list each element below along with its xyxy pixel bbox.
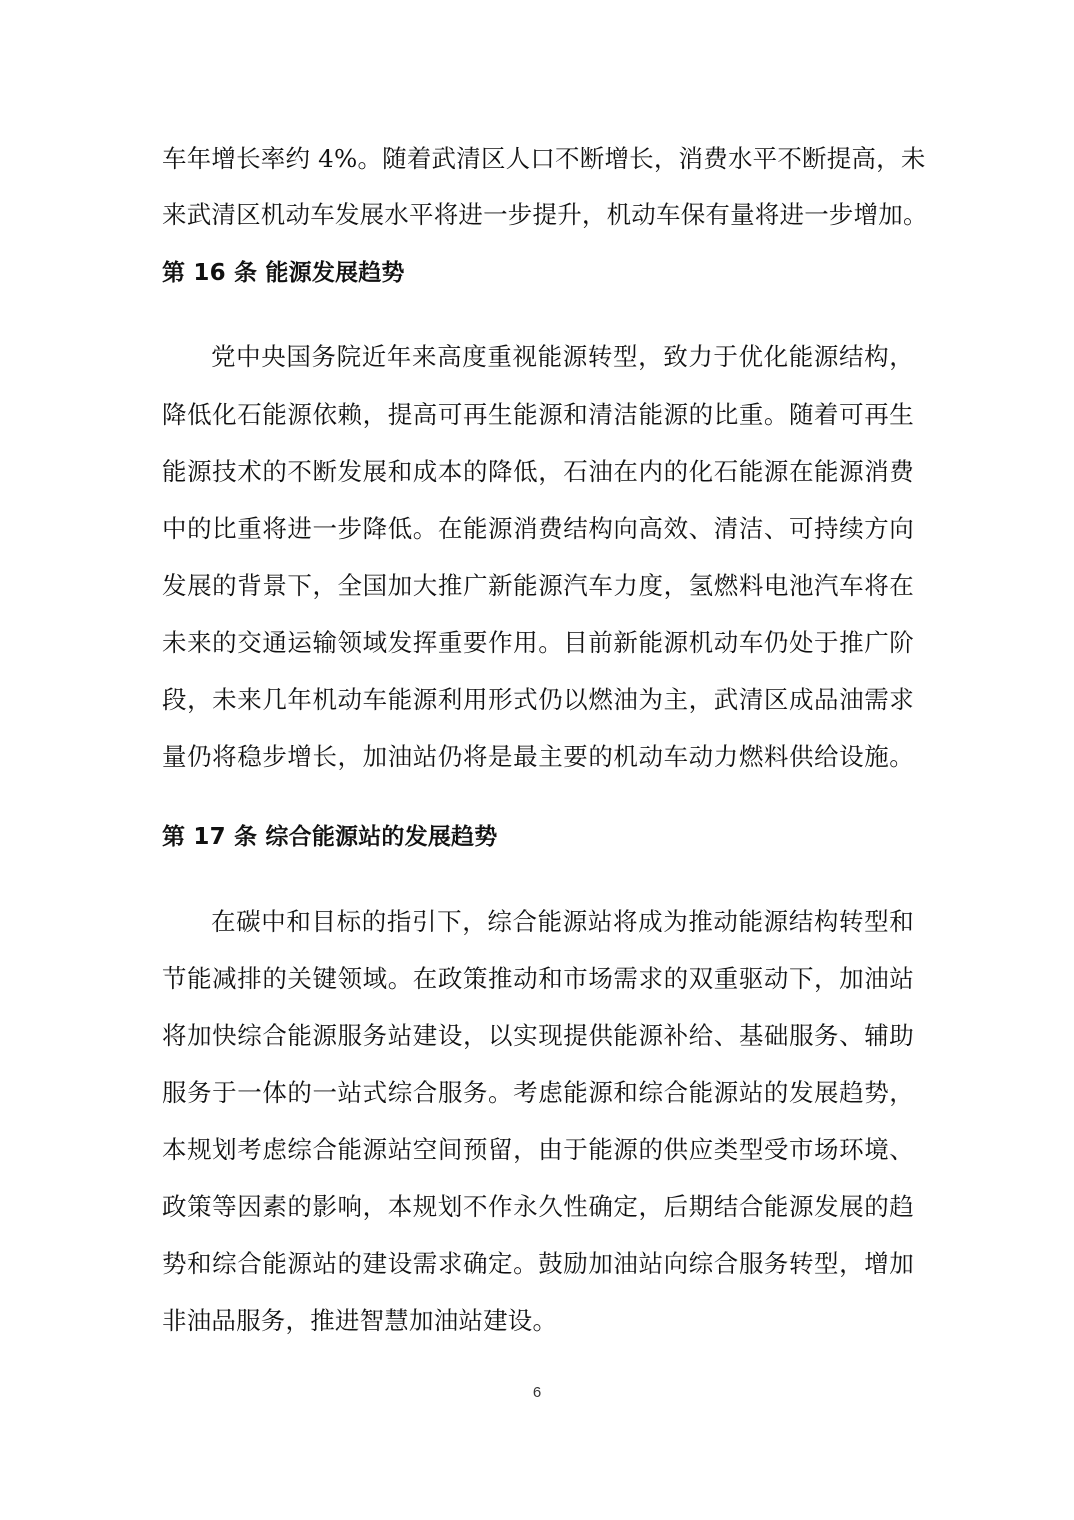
paragraph-line: 服务于一体的一站式综合服务。考虑能源和综合能源站的发展趋势， <box>162 1076 914 1110</box>
paragraph-line: 来武清区机动车发展水平将进一步提升，机动车保有量将进一步增加。 <box>162 198 914 232</box>
paragraph-line: 政策等因素的影响，本规划不作永久性确定，后期结合能源发展的趋 <box>162 1190 914 1224</box>
paragraph-line: 段，未来几年机动车能源利用形式仍以燃油为主，武清区成品油需求 <box>162 683 914 717</box>
page-number: 6 <box>0 1384 1074 1401</box>
paragraph-line: 将加快综合能源服务站建设，以实现提供能源补给、基础服务、辅助 <box>162 1019 914 1053</box>
section-heading-17: 第 17 条 综合能源站的发展趋势 <box>162 820 914 854</box>
paragraph-line: 降低化石能源依赖，提高可再生能源和清洁能源的比重。随着可再生 <box>162 398 914 432</box>
paragraph-line: 量仍将稳步增长，加油站仍将是最主要的机动车动力燃料供给设施。 <box>162 740 914 774</box>
paragraph-line: 发展的背景下，全国加大推广新能源汽车力度，氢燃料电池汽车将在 <box>162 569 914 603</box>
paragraph-line: 车年增长率约 4%。随着武清区人口不断增长，消费水平不断提高，未 <box>162 142 914 176</box>
section-heading-16: 第 16 条 能源发展趋势 <box>162 256 914 290</box>
paragraph-line: 势和综合能源站的建设需求确定。鼓励加油站向综合服务转型，增加 <box>162 1247 914 1281</box>
paragraph-line: 非油品服务，推进智慧加油站建设。 <box>162 1304 914 1338</box>
paragraph-line: 能源技术的不断发展和成本的降低，石油在内的化石能源在能源消费 <box>162 455 914 489</box>
paragraph-line: 本规划考虑综合能源站空间预留，由于能源的供应类型受市场环境、 <box>162 1133 914 1167</box>
paragraph-line: 节能减排的关键领域。在政策推动和市场需求的双重驱动下，加油站 <box>162 962 914 996</box>
paragraph-line: 中的比重将进一步降低。在能源消费结构向高效、清洁、可持续方向 <box>162 512 914 546</box>
document-page: 车年增长率约 4%。随着武清区人口不断增长，消费水平不断提高，未 来武清区机动车… <box>0 0 1074 1520</box>
paragraph-line: 党中央国务院近年来高度重视能源转型，致力于优化能源结构， <box>162 340 914 374</box>
paragraph-line: 未来的交通运输领域发挥重要作用。目前新能源机动车仍处于推广阶 <box>162 626 914 660</box>
paragraph-line: 在碳中和目标的指引下，综合能源站将成为推动能源结构转型和 <box>162 905 914 939</box>
